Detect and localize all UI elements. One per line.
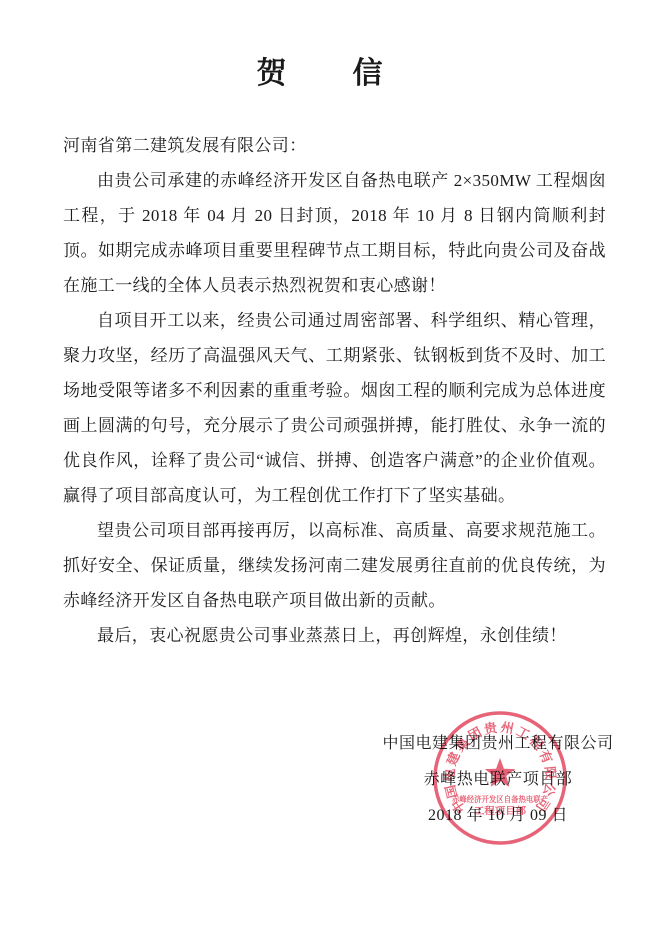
salutation: 河南省第二建筑发展有限公司： <box>63 128 606 163</box>
signature-company: 中国电建集团贵州工程有限公司 <box>328 726 668 762</box>
signature-date: 2018 年 10 月 09 日 <box>328 798 668 834</box>
paragraph-3: 望贵公司项目部再接再厉，以高标准、高质量、高要求规范施工。抓好安全、保证质量，继… <box>63 513 606 618</box>
paragraph-1: 由贵公司承建的赤峰经济开发区自备热电联产 2×350MW 工程烟囱工程，于 20… <box>63 163 606 303</box>
letter-title: 贺 信 <box>0 48 641 92</box>
letter-page: 贺 信 河南省第二建筑发展有限公司： 由贵公司承建的赤峰经济开发区自备热电联产 … <box>0 0 669 946</box>
letter-body: 河南省第二建筑发展有限公司： 由贵公司承建的赤峰经济开发区自备热电联产 2×35… <box>63 128 606 653</box>
signature-block: 中国电建集团贵州工程有限公司 赤峰热电联产项目部 2018 年 10 月 09 … <box>328 726 668 834</box>
paragraph-4: 最后，衷心祝愿贵公司事业蒸蒸日上，再创辉煌，永创佳绩！ <box>63 618 606 653</box>
paragraph-2: 自项目开工以来，经贵公司通过周密部署、科学组织、精心管理，聚力攻坚，经历了高温强… <box>63 303 606 513</box>
signature-department: 赤峰热电联产项目部 <box>328 762 668 798</box>
